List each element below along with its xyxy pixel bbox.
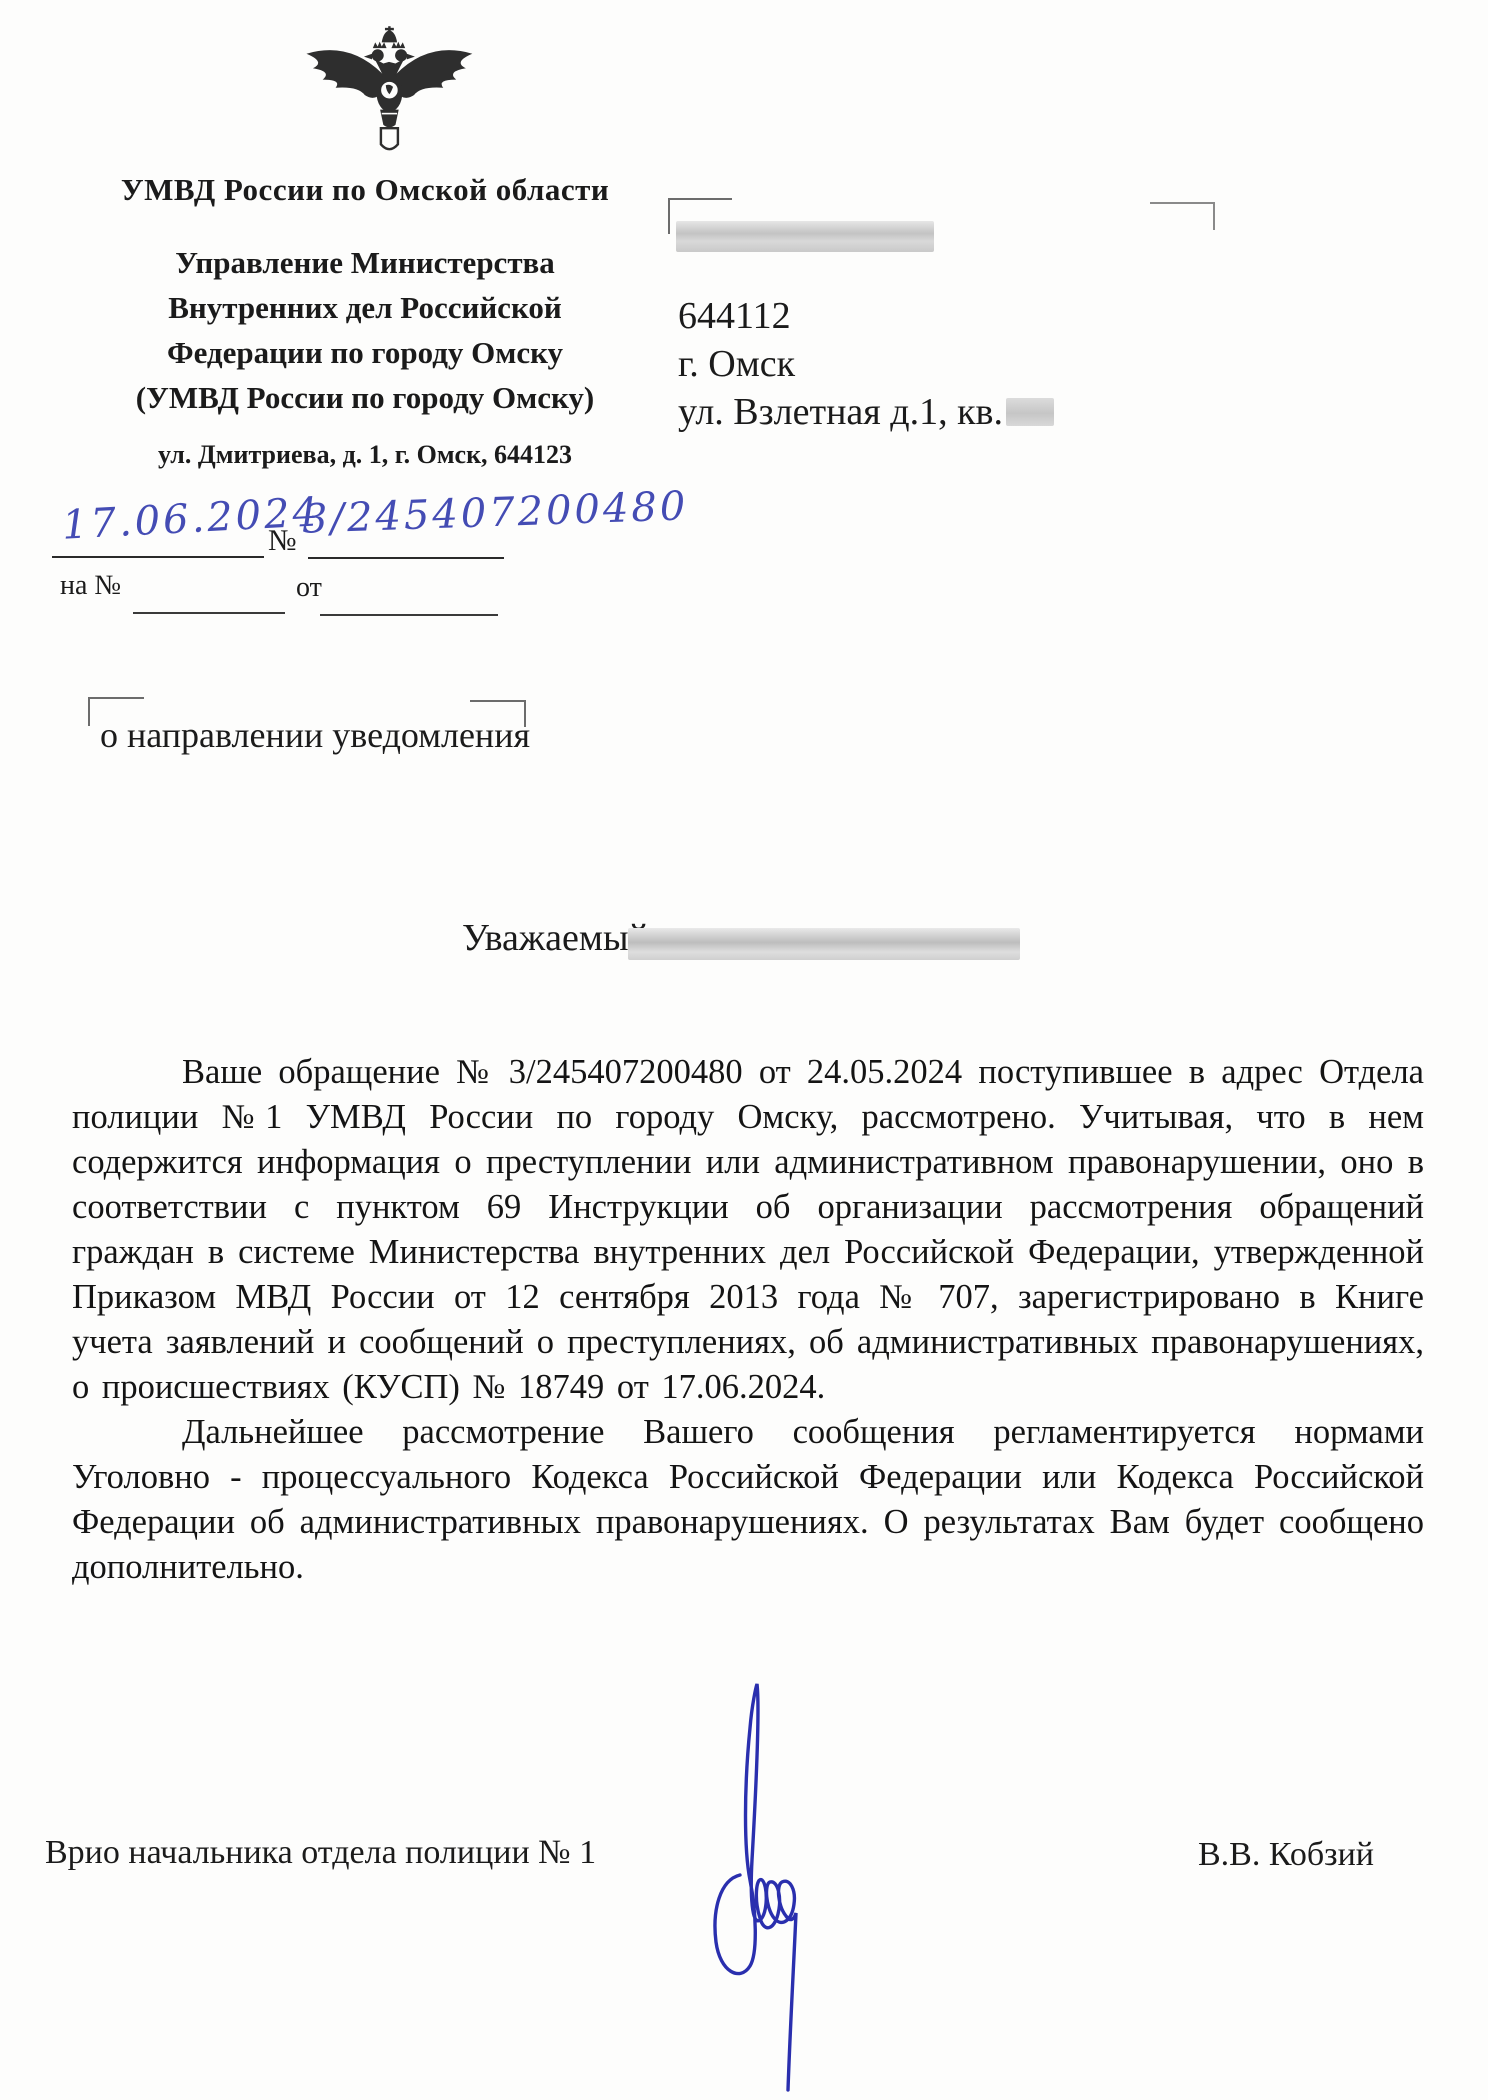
signer-position-title: Врио начальника отдела полиции № 1 — [45, 1834, 596, 1872]
redaction-addressee-name — [628, 928, 1020, 960]
reply-to-number-label: на № — [60, 570, 121, 602]
subject-line: о направлении уведомления — [100, 714, 530, 756]
reply-from-date-label: от — [296, 572, 322, 604]
org-line: Внутренних дел Российской — [40, 285, 690, 330]
body-paragraph-2: Дальнейшее рассмотрение Вашего сообщения… — [72, 1410, 1424, 1590]
recipient-corner-mark-right — [1150, 202, 1215, 230]
org-line: Управление Министерства — [40, 240, 690, 285]
scanned-letter-page: УМВД России по Омской области Управление… — [0, 0, 1488, 2100]
reply-from-underline — [320, 614, 498, 616]
mvd-eagle-emblem — [300, 26, 478, 164]
date-underline — [52, 556, 264, 558]
body-paragraph-1: Ваше обращение № 3/245407200480 от 24.05… — [72, 1050, 1424, 1410]
letter-body: Ваше обращение № 3/245407200480 от 24.05… — [72, 1050, 1424, 1590]
number-underline — [308, 557, 504, 559]
signer-name: В.В. Кобзий — [1198, 1836, 1374, 1874]
salutation-text: Уважаемый — [462, 916, 649, 960]
recipient-postcode: 644112 — [678, 294, 791, 338]
redaction-apartment-number — [1006, 398, 1054, 426]
recipient-city: г. Омск — [678, 342, 795, 386]
org-name-city-block: Управление Министерства Внутренних дел Р… — [40, 240, 690, 420]
handwritten-outgoing-number: 3/245407200480 — [301, 483, 689, 542]
org-name-region: УМВД России по Омской области — [40, 172, 690, 208]
org-postal-address: ул. Дмитриева, д. 1, г. Омск, 644123 — [40, 440, 690, 470]
recipient-street: ул. Взлетная д.1, кв. — [678, 390, 1003, 434]
org-line: Федерации по городу Омску — [40, 330, 690, 375]
redaction-recipient-name — [676, 221, 934, 252]
org-line: (УМВД России по городу Омску) — [40, 375, 690, 420]
number-sign-label: № — [268, 524, 297, 558]
reply-to-underline — [133, 612, 285, 614]
handwritten-signature — [710, 1670, 844, 2098]
